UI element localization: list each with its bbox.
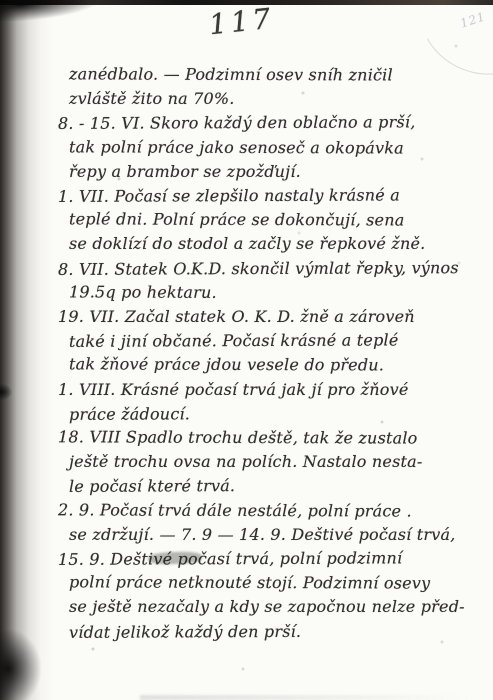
handwritten-line: tak žňové práce jdou vesele do předu. — [58, 353, 467, 379]
handwritten-line: 8. - 15. VI. Skoro každý den oblačno a p… — [58, 111, 467, 137]
scanned-chronicle-page: 117 121 zanédbalo. — Podzimní osev sníh … — [0, 0, 493, 700]
paper-speckles — [0, 0, 2, 2]
handwritten-line: řepy a brambor se zpožďují. — [58, 160, 467, 184]
handwritten-line: se doklízí do stodol a začly se řepkové … — [58, 232, 467, 256]
scan-edge-notch — [0, 384, 12, 400]
handwritten-line: 18. VIII Spadlo trochu deště, tak že zus… — [58, 425, 467, 451]
page-number: 117 — [207, 2, 276, 42]
scan-gutter-shadow — [0, 0, 54, 700]
handwritten-line: 2. 9. Počasí trvá dále nestálé, polní pr… — [58, 498, 467, 524]
handwritten-line: vídat jelikož každý den prší. — [58, 619, 467, 645]
handwritten-line: 15. 9. Deštivé počasí trvá, polní podzim… — [58, 546, 467, 572]
handwritten-line: práce žádoucí. — [58, 401, 467, 427]
handwritten-line: teplé dni. Polní práce se dokončují, sen… — [58, 208, 467, 234]
handwritten-line: le počasí které trvá. — [58, 474, 467, 500]
handwritten-line: 19. VII. Začal statek O. K. D. žně a zár… — [58, 305, 467, 329]
handwritten-line: 19.5q po hektaru. — [58, 280, 467, 306]
scan-shadow-blob-bottom — [0, 628, 42, 700]
handwritten-line: tak polní práce jako senoseč a okopávka — [58, 135, 467, 161]
handwritten-line: zvláště žito na 70%. — [58, 87, 467, 111]
handwritten-line: 1. VIII. Krásné počasí trvá jak jí pro ž… — [58, 378, 467, 402]
handwritten-line: 8. VII. Statek O.K.D. skončil výmlat řep… — [58, 256, 467, 282]
handwritten-line: polní práce netknouté stojí. Podzimní os… — [58, 571, 467, 597]
handwritten-line: zanédbalo. — Podzimní osev sníh zničil — [58, 62, 467, 88]
handwritten-line: se zdržují. — 7. 9 — 14. 9. Deštivé poča… — [58, 523, 467, 547]
handwritten-line: ještě trochu ovsa na polích. Nastalo nes… — [58, 450, 467, 474]
scan-smudge-bottom — [140, 695, 470, 700]
handwritten-text: zanédbalo. — Podzimní osev sníh zničilzv… — [58, 63, 467, 644]
handwritten-line: také i jiní občané. Počasí krásné a tepl… — [58, 328, 467, 354]
handwritten-line: se ještě nezačaly a kdy se započnou nelz… — [58, 595, 467, 619]
handwritten-line: 1. VII. Počasí se zlepšilo nastaly krásn… — [58, 183, 467, 209]
